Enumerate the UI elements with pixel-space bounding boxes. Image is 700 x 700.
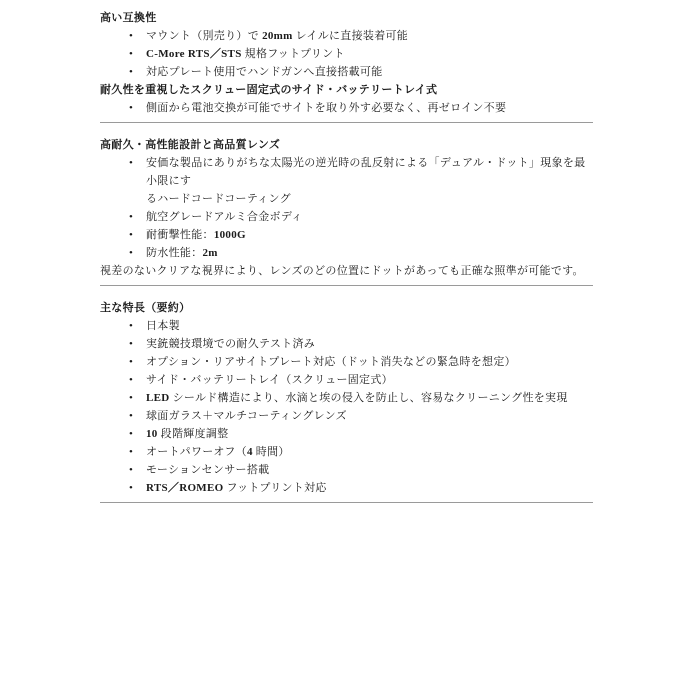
bullet-item: オートパワーオフ（4 時間） [100,443,593,461]
bullet-item: オプション・リアサイトプレート対応（ドット消失などの緊急時を想定） [100,353,593,371]
parallax-note-paragraph: 視差のないクリアな視界により、レンズのどの位置にドットがあっても正確な照準が可能… [100,262,593,280]
bullet-item: 日本製 [100,317,593,335]
bullet-item: 実銃競技環境での耐久テスト済み [100,335,593,353]
bullet-item: サイド・バッテリートレイ（スクリュー固定式） [100,371,593,389]
section-divider [100,122,593,123]
bullet-list-compatibility: マウント（別売り）で 20mm レイルに直接装着可能 C-More RTS／ST… [100,27,593,81]
bullet-item: 対応プレート使用でハンドガンへ直接搭載可能 [100,63,593,81]
bullet-item: 球面ガラス＋マルチコーティングレンズ [100,407,593,425]
bullet-item: 防水性能：2m [100,244,593,262]
bullet-item: C-More RTS／STS 規格フットプリント [100,45,593,63]
document-page: 高い互換性 マウント（別売り）で 20mm レイルに直接装着可能 C-More … [0,0,700,700]
section-heading-key-features: 主な特長（要約） [100,299,593,317]
bullet-list-key-features: 日本製 実銃競技環境での耐久テスト済み オプション・リアサイトプレート対応（ドッ… [100,317,593,497]
bullet-item: 安価な製品にありがちな太陽光の逆光時の乱反射による「デュアル・ドット」現象を最小… [100,154,593,208]
bullet-list-battery-tray: 側面から電池交換が可能でサイトを取り外す必要なく、再ゼロイン不要 [100,99,593,117]
bullet-item: 側面から電池交換が可能でサイトを取り外す必要なく、再ゼロイン不要 [100,99,593,117]
section-divider [100,502,593,503]
bullet-item: RTS／ROMEO フットプリント対応 [100,479,593,497]
section-divider [100,285,593,286]
bullet-item: 航空グレードアルミ合金ボディ [100,208,593,226]
document-body: 高い互換性 マウント（別売り）で 20mm レイルに直接装着可能 C-More … [100,9,593,516]
bullet-item: 耐衝撃性能：1000G [100,226,593,244]
section-heading-battery-tray: 耐久性を重視したスクリュー固定式のサイド・バッテリートレイ式 [100,81,593,99]
bullet-item: モーションセンサー搭載 [100,461,593,479]
bullet-item: LED シールド構造により、水滴と埃の侵入を防止し、容易なクリーニング性を実現 [100,389,593,407]
section-heading-durability-lens: 高耐久・高性能設計と高品質レンズ [100,136,593,154]
bullet-item: 10 段階輝度調整 [100,425,593,443]
section-heading-compatibility: 高い互換性 [100,9,593,27]
bullet-list-durability-lens: 安価な製品にありがちな太陽光の逆光時の乱反射による「デュアル・ドット」現象を最小… [100,154,593,262]
bullet-item: マウント（別売り）で 20mm レイルに直接装着可能 [100,27,593,45]
